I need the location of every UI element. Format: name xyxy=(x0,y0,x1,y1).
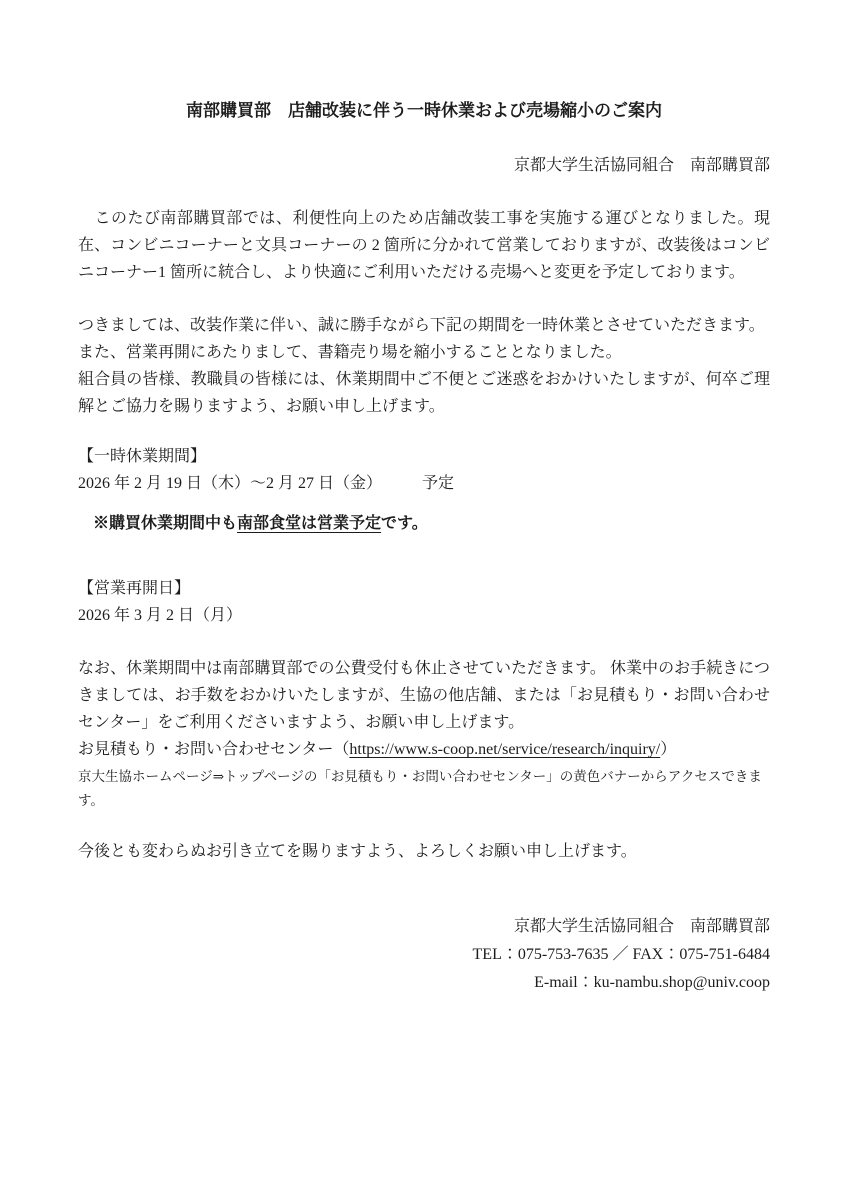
paragraph-procedure: なお、休業期間中は南部購買部での公費受付も休止させていただきます。 休業中のお手… xyxy=(78,655,770,736)
paragraph-intro: このたび南部購買部では、利便性向上のため店舗改装工事を実施する運びとなりました。… xyxy=(78,205,770,286)
inquiry-suffix: ） xyxy=(660,741,676,758)
footer-tel-fax: TEL：075-753-7635 ／ FAX：075-751-6484 xyxy=(78,941,770,969)
document-title: 南部購買部 店舗改装に伴う一時休業および売場縮小のご案内 xyxy=(78,98,770,124)
author-line: 京都大学生活協同組合 南部購買部 xyxy=(78,152,770,179)
reopen-date-heading: 【営業再開日】 xyxy=(78,575,770,602)
note-underlined-text: 南部食堂は営業予定 xyxy=(237,515,381,532)
inquiry-url-link[interactable]: https://www.s-coop.net/service/research/… xyxy=(349,741,660,758)
paragraph-request: つきましては、改装作業に伴い、誠に勝手ながら下記の期間を一時休業とさせていただき… xyxy=(78,312,770,420)
reopen-date: 2026 年 3 月 2 日（月） xyxy=(78,602,770,629)
closure-period-heading: 【一時休業期間】 xyxy=(78,443,770,470)
inquiry-label: お見積もり・お問い合わせセンター（ xyxy=(78,741,349,758)
request-line-closure: つきましては、改装作業に伴い、誠に勝手ながら下記の期間を一時休業とさせていただき… xyxy=(78,312,770,339)
footer-organization: 京都大学生活協同組合 南部購買部 xyxy=(78,913,770,941)
note-prefix-text: ※購買休業期間中も xyxy=(93,515,237,532)
homepage-access-note: 京大生協ホームページ⇒トップページの「お見積もり・お問い合わせセンター」の黄色バ… xyxy=(78,765,770,813)
inquiry-center-line: お見積もり・お問い合わせセンター（https://www.s-coop.net/… xyxy=(78,736,770,763)
closing-greeting: 今後とも変わらぬお引き立てを賜りますよう、よろしくお願い申し上げます。 xyxy=(78,838,770,865)
footer-contact-block: 京都大学生活協同組合 南部購買部 TEL：075-753-7635 ／ FAX：… xyxy=(78,913,770,997)
note-suffix-text: です。 xyxy=(381,515,428,532)
request-line-book-corner: また、営業再開にあたりまして、書籍売り場を縮小することとなりました。 xyxy=(78,339,770,366)
cafeteria-open-note: ※購買休業期間中も南部食堂は営業予定です。 xyxy=(78,510,770,537)
footer-email: E-mail：ku-nambu.shop@univ.coop xyxy=(78,969,770,997)
notice-document-page: 南部購買部 店舗改装に伴う一時休業および売場縮小のご案内 京都大学生活協同組合 … xyxy=(0,0,849,1200)
closure-period-dates: 2026 年 2 月 19 日（木）～2 月 27 日（金） 予定 xyxy=(78,470,770,497)
request-line-apology: 組合員の皆様、教職員の皆様には、休業期間中ご不便とご迷惑をおかけいたしますが、何… xyxy=(78,366,770,420)
